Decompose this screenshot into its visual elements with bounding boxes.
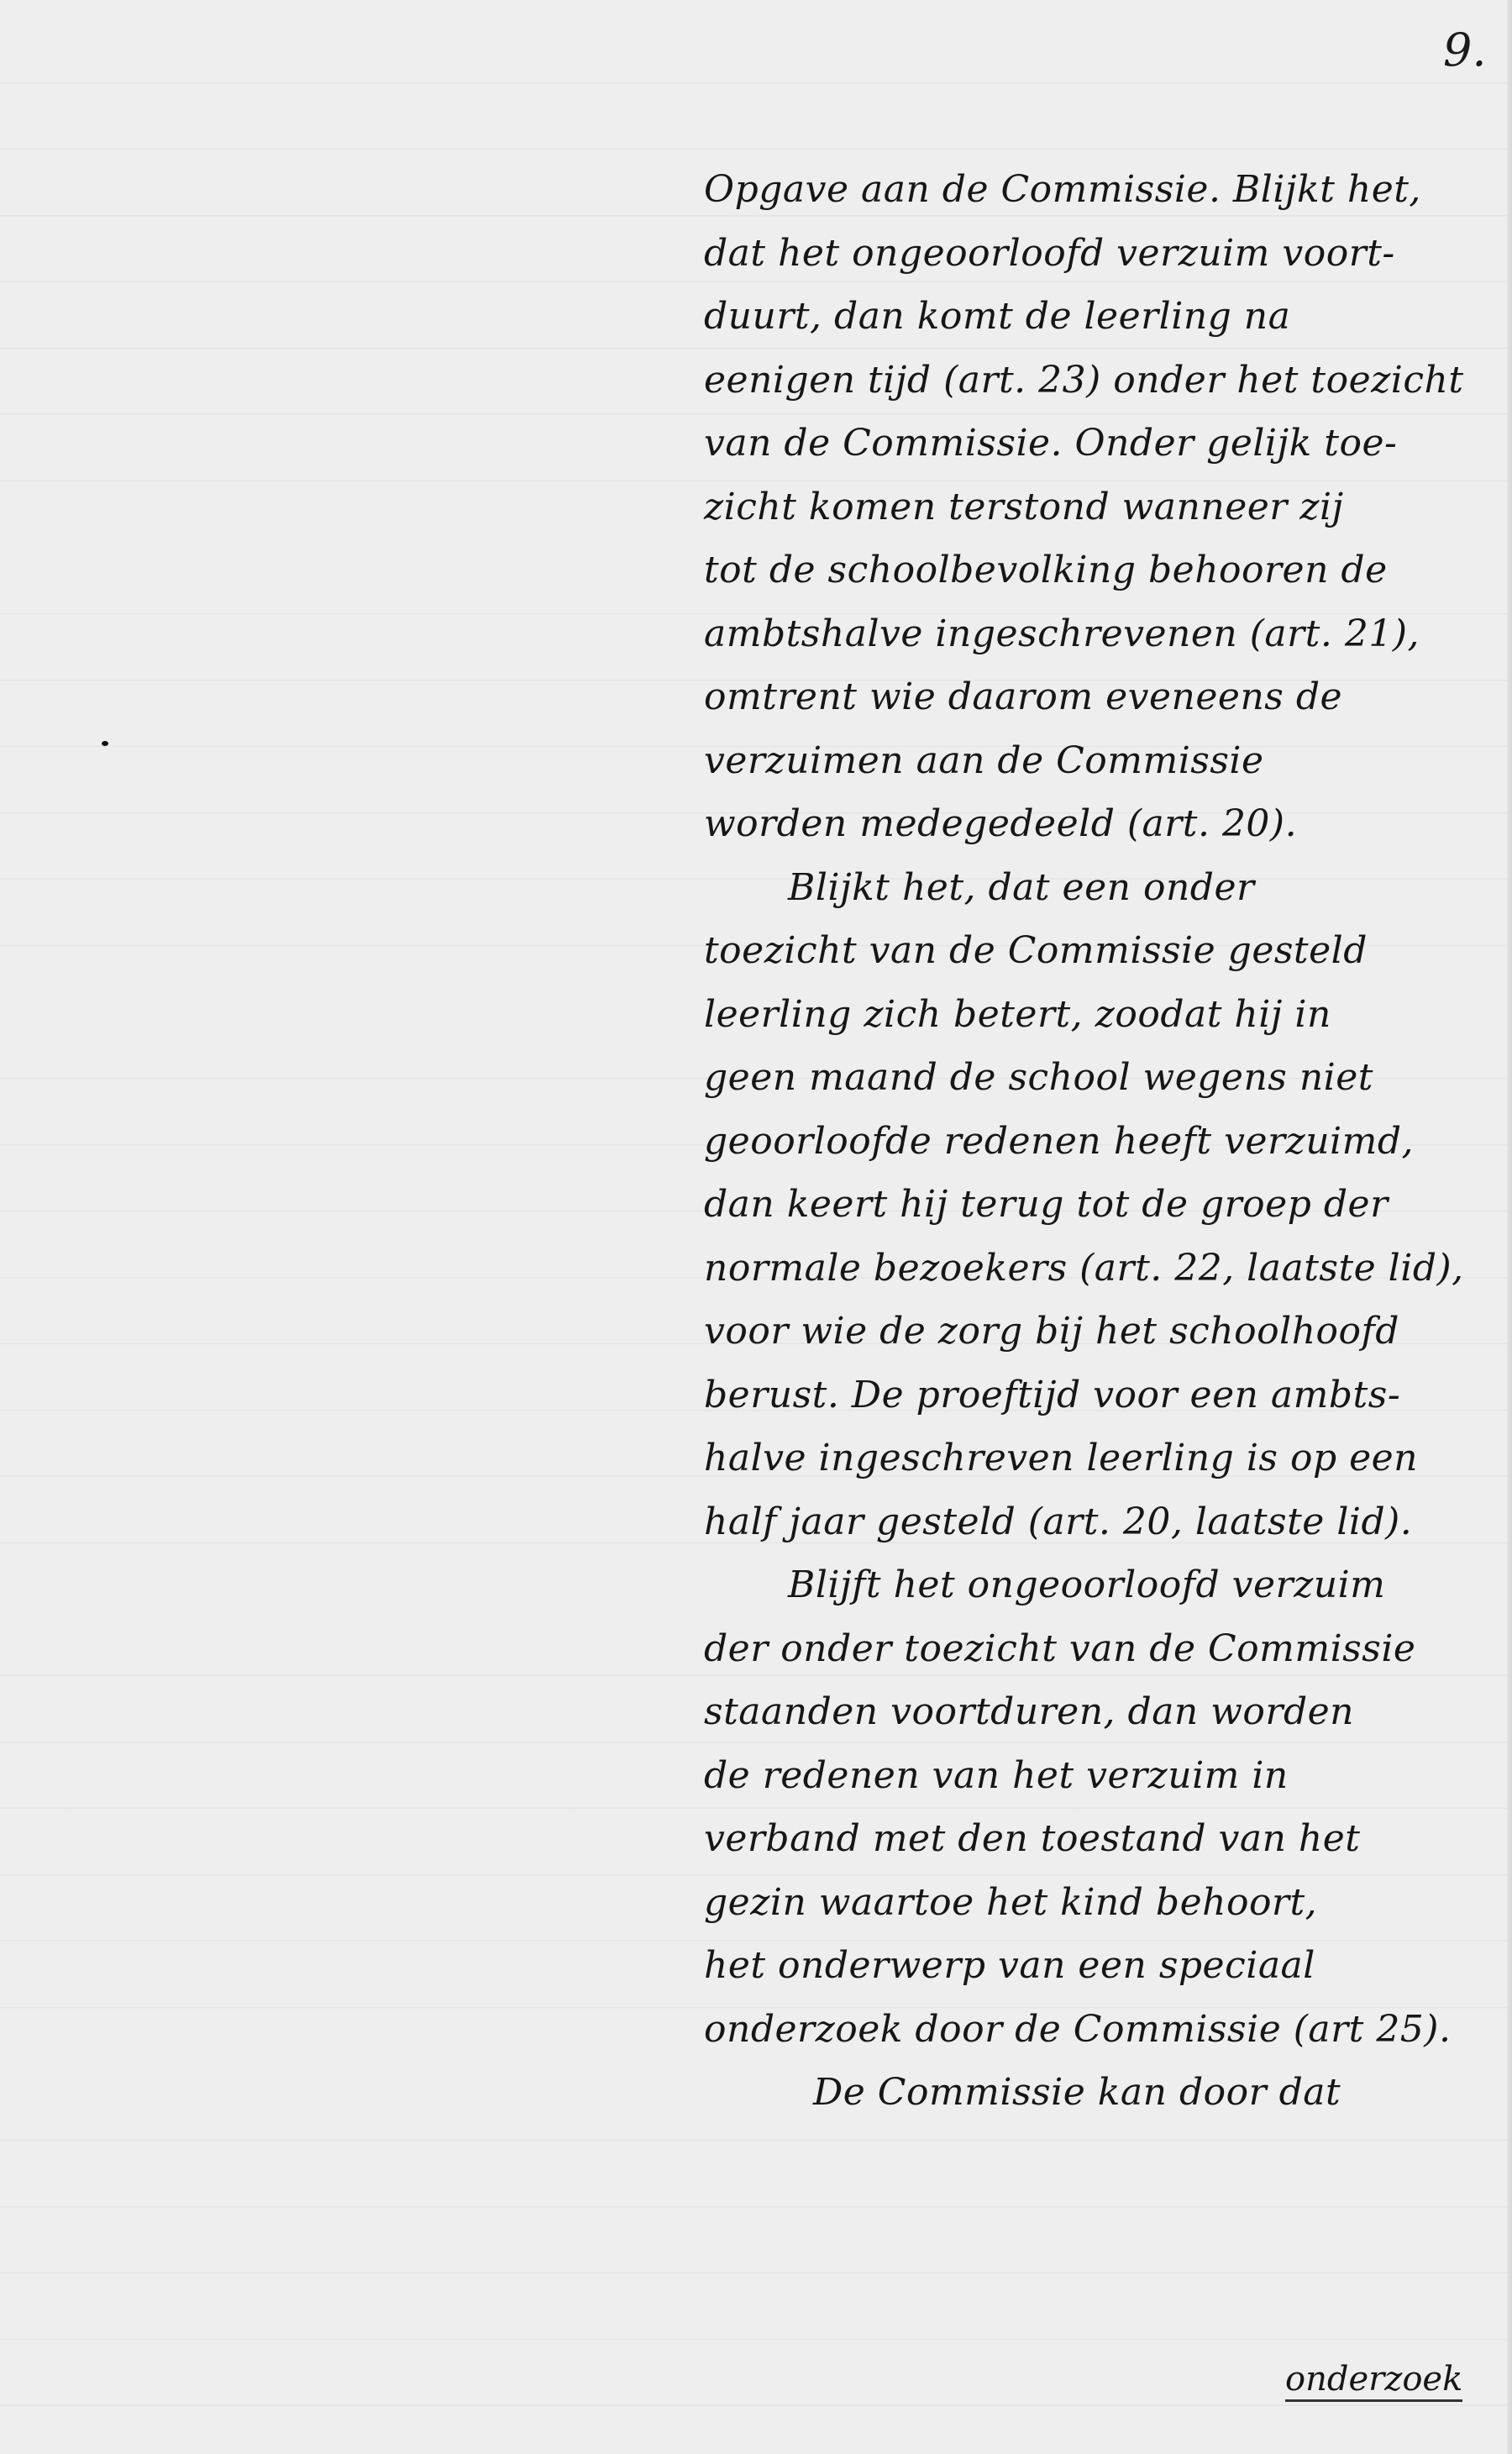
text-line: berust. De proeftijd voor een ambts-	[704, 1364, 1494, 1427]
text-line: het onderwerp van een speciaal	[704, 1934, 1494, 1998]
text-line: verband met den toestand van het	[704, 1807, 1494, 1871]
manuscript-page: 9. Opgave aan de Commissie. Blijkt het, …	[0, 0, 1512, 2454]
page-edge	[1507, 0, 1512, 2454]
ink-dot	[102, 741, 108, 746]
handwritten-text-block: Opgave aan de Commissie. Blijkt het, dat…	[704, 158, 1494, 2125]
text-line: geen maand de school wegens niet	[704, 1046, 1494, 1110]
text-line: normale bezoekers (art. 22, laatste lid)…	[704, 1237, 1494, 1301]
text-line: tot de schoolbevolking behooren de	[704, 539, 1494, 602]
text-line: halve ingeschreven leerling is op een	[704, 1427, 1494, 1490]
text-line: dan keert hij terug tot de groep der	[704, 1173, 1494, 1237]
text-line: zicht komen terstond wanneer zij	[704, 476, 1494, 539]
text-line: voor wie de zorg bij het schoolhoofd	[704, 1300, 1494, 1364]
text-line: toezicht van de Commissie gesteld	[704, 919, 1494, 983]
text-line: worden medegedeeld (art. 20).	[704, 792, 1494, 856]
text-line: onderzoek door de Commissie (art 25).	[704, 1998, 1494, 2062]
text-line: Opgave aan de Commissie. Blijkt het,	[704, 158, 1494, 222]
text-line: omtrent wie daarom eveneens de	[704, 665, 1494, 729]
text-line: de redenen van het verzuim in	[704, 1744, 1494, 1808]
page-number: 9.	[1443, 24, 1487, 76]
paragraph-start-line: De Commissie kan door dat	[704, 2061, 1494, 2125]
paragraph-start-line: Blijkt het, dat een onder	[704, 856, 1494, 920]
text-line: leerling zich betert, zoodat hij in	[704, 983, 1494, 1047]
text-line: dat het ongeoorloofd verzuim voort-	[704, 222, 1494, 286]
paragraph-start-line: Blijft het ongeoorloofd verzuim	[704, 1553, 1494, 1617]
text-line: verzuimen aan de Commissie	[704, 729, 1494, 793]
text-line: eenigen tijd (art. 23) onder het toezich…	[704, 349, 1494, 413]
text-line: geoorloofde redenen heeft verzuimd,	[704, 1110, 1494, 1174]
text-line: staanden voortduren, dan worden	[704, 1680, 1494, 1744]
text-line: ambtshalve ingeschrevenen (art. 21),	[704, 602, 1494, 666]
text-line: der onder toezicht van de Commissie	[704, 1617, 1494, 1681]
text-line: gezin waartoe het kind behoort,	[704, 1871, 1494, 1935]
catchword: onderzoek	[1285, 2361, 1462, 2402]
text-line: half jaar gesteld (art. 20, laatste lid)…	[704, 1490, 1494, 1554]
text-line: van de Commissie. Onder gelijk toe-	[704, 412, 1494, 476]
text-line: duurt, dan komt de leerling na	[704, 285, 1494, 349]
